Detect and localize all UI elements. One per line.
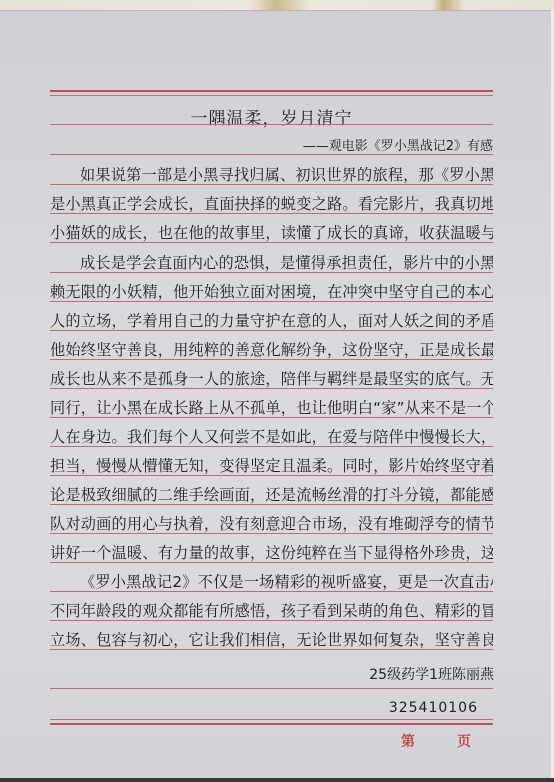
ruled-line — [50, 475, 493, 476]
author-signature: 25级药学1班陈丽燕 — [369, 664, 494, 684]
footer-rule-top — [50, 719, 493, 720]
paragraph-2-line-6: 同行，让小黑在成长路上从不孤单，也让他明白“家”从来不是一个地方，而是有在意的 — [50, 399, 493, 417]
ruled-line — [50, 620, 493, 621]
paragraph-2-line-4: 他始终坚守善良，用纯粹的善意化解纷争，这份坚守，正是成长最珍贵的模样。 — [50, 341, 493, 359]
header-rule-bottom — [50, 95, 493, 96]
ruled-line — [50, 446, 493, 447]
header-rule-top — [50, 90, 493, 92]
paragraph-2-line-8: 担当，慢慢从懵懂无知，变得坚定且温柔。同时，影片始终坚守着初心与热爱，无 — [50, 457, 493, 475]
essay-title: 一隅温柔，岁月清宁 — [50, 104, 493, 129]
ruled-line — [50, 213, 493, 214]
ruled-line — [50, 562, 493, 563]
paragraph-3-line-1: 《罗小黑战记2》不仅是一场精彩的视听盛宴，更是一次直击心灵的精神洗礼，它让 — [50, 573, 493, 591]
ruled-line — [50, 301, 493, 302]
ruled-line — [50, 388, 493, 389]
paragraph-2-line-5: 成长也从来不是孤身一人的旅途，陪伴与羁绊是最坚实的底气。无限的守护，伙伴的 — [50, 370, 493, 388]
ruled-line — [50, 649, 493, 650]
paragraph-1-line-3: 小猫妖的成长，也在他的故事里，读懂了成长的真谛，收获温暖与希望。 — [50, 224, 493, 242]
paragraph-2-line-2: 赖无限的小妖精，他开始独立面对困境，在冲突中坚守自己的本心，学着理解他 — [50, 283, 493, 301]
student-id: 325410106 — [389, 700, 478, 716]
paragraph-2-line-11: 讲好一个温暖、有力量的故事，这份纯粹在当下显得格外珍贵，这便是优秀动画之美。 — [50, 544, 493, 562]
ruled-line — [50, 124, 493, 125]
table-surface — [0, 778, 554, 782]
ruled-line — [50, 154, 493, 155]
ruled-line — [50, 591, 493, 592]
paragraph-2-line-7: 人在身边。我们每个人又何尝不是如此，在爱与陪伴中慢慢长大，在经历与抉择中学会 — [50, 428, 493, 446]
paragraph-3-line-2: 不同年龄段的观众都能有所感悟，孩子看到呆萌的角色、精彩的冒险，成年人读懂 — [50, 602, 493, 620]
ruled-line — [50, 688, 493, 689]
ruled-line — [50, 330, 493, 331]
ruled-line — [50, 359, 493, 360]
paragraph-2-line-9: 论是极致细腻的二维手绘画面，还是流畅丝滑的打斗分镜，都能感受到制作团 — [50, 486, 493, 504]
paragraph-3-line-3: 立场、包容与初心，它让我们相信，无论世界如何复杂，坚守善良与初心，永远是真理。 — [50, 631, 493, 649]
ruled-line — [50, 184, 493, 185]
ruled-line — [50, 533, 493, 534]
ruled-line — [50, 272, 493, 273]
footer-rule-bottom — [50, 723, 493, 725]
ruled-line — [50, 504, 493, 505]
paragraph-1-line-2: 是小黑真正学会成长，直面抉择的蜕变之路。看完影片，我真切地看到了那个软萌 — [50, 195, 493, 213]
ruled-line — [50, 417, 493, 418]
essay-subtitle: ——观电影《罗小黑战记2》有感 — [303, 135, 493, 154]
paragraph-1-line-1: 如果说第一部是小黑寻找归属、初识世界的旅程，那《罗小黑战记2》就 — [50, 166, 493, 184]
paragraph-2-line-3: 人的立场，学着用自己的力量守护在意的人，面对人妖之间的矛盾，不同立场的对峙， — [50, 312, 493, 330]
page-label-di: 第 — [401, 731, 415, 751]
paragraph-2-line-1: 成长是学会直面内心的恐惧，是懂得承担责任，影片中的小黑，不再是一味依 — [50, 254, 493, 272]
ruled-line — [50, 242, 493, 243]
page-label-ye: 页 — [457, 731, 471, 751]
paragraph-2-line-10: 队对动画的用心与执着，没有刻意迎合市场，没有堆砌浮夸的情节，始终坚持 — [50, 515, 493, 533]
